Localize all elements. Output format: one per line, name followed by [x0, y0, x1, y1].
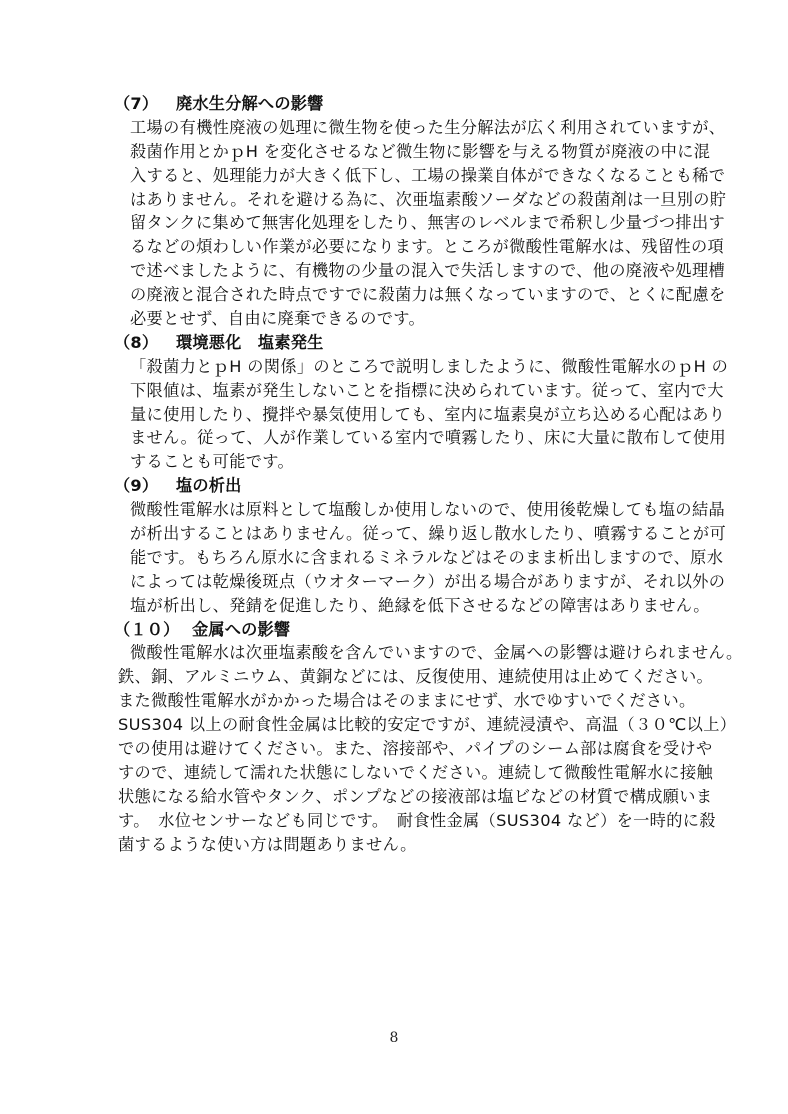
paragraph-line: ません。従って、人が作業している室内で噴霧したり、床に大量に散布して使用: [118, 426, 718, 450]
section-number: （8）: [114, 331, 176, 355]
page-number: 8: [0, 1030, 788, 1046]
section-number: （9）: [114, 474, 176, 498]
paragraph-line: 工場の有機性廃液の処理に微生物を使った生分解法が広く利用されていますが、: [118, 116, 718, 140]
section-title: 廃水生分解への影響: [176, 94, 324, 113]
paragraph-line: 殺菌作用とかｐH を変化させるなど微生物に影響を与える物質が廃液の中に混: [118, 140, 718, 164]
section-heading: （8）環境悪化 塩素発生: [118, 331, 718, 355]
paragraph-line: すので、連続して濡れた状態にしないでください。連続して微酸性電解水に接触: [118, 761, 718, 785]
paragraph-line: 鉄、銅、アルミニウム、黄銅などには、反復使用、連続使用は止めてください。: [118, 665, 718, 689]
section-title: 金属への影響: [192, 620, 290, 639]
paragraph-line: によっては乾燥後斑点（ウオターマーク）が出る場合がありますが、それ以外の: [118, 570, 718, 594]
paragraph-line: 菌するような使い方は問題ありません。: [118, 833, 718, 857]
paragraph-line: 微酸性電解水は次亜塩素酸を含んでいますので、金属への影響は避けられません。: [118, 641, 718, 665]
section-title: 塩の析出: [176, 476, 242, 495]
paragraph-line: で述べましたように、有機物の少量の混入で失活しますので、他の廃液や処理槽: [118, 259, 718, 283]
paragraph-line: 入すると、処理能力が大きく低下し、工場の操業自体ができなくなることも稀で: [118, 164, 718, 188]
paragraph-line: るなどの煩わしい作業が必要になります。ところが微酸性電解水は、残留性の項: [118, 235, 718, 259]
section-number: （7）: [114, 92, 176, 116]
document-page: （7）廃水生分解への影響 工場の有機性廃液の処理に微生物を使った生分解法が広く利…: [0, 0, 788, 1114]
paragraph-line: 微酸性電解水は原料として塩酸しか使用しないので、使用後乾燥しても塩の結晶: [118, 498, 718, 522]
paragraph-line: での使用は避けてください。また、溶接部や、パイプのシーム部は腐食を受けや: [118, 737, 718, 761]
section-heading: （7）廃水生分解への影響: [118, 92, 718, 116]
section-number: （１０）: [114, 618, 192, 642]
section-9: （9）塩の析出 微酸性電解水は原料として塩酸しか使用しないので、使用後乾燥しても…: [118, 474, 718, 617]
section-7: （7）廃水生分解への影響 工場の有機性廃液の処理に微生物を使った生分解法が広く利…: [118, 92, 718, 331]
paragraph-line: 留タンクに集めて無害化処理をしたり、無害のレベルまで希釈し少量づつ排出す: [118, 211, 718, 235]
paragraph-line: 能です。もちろん原水に含まれるミネラルなどはそのまま析出しますので、原水: [118, 546, 718, 570]
paragraph-line: 「殺菌力とｐH の関係」のところで説明しましたように、微酸性電解水のｐH の: [118, 355, 718, 379]
paragraph-line: また微酸性電解水がかかった場合はそのままにせず、水でゆすいでください。: [118, 689, 718, 713]
paragraph-line: することも可能です。: [118, 450, 718, 474]
section-heading: （9）塩の析出: [118, 474, 718, 498]
section-title: 環境悪化 塩素発生: [176, 333, 324, 352]
page-content: （7）廃水生分解への影響 工場の有機性廃液の処理に微生物を使った生分解法が広く利…: [118, 92, 718, 857]
paragraph-line: 必要とせず、自由に廃棄できるのです。: [118, 307, 718, 331]
section-8: （8）環境悪化 塩素発生 「殺菌力とｐH の関係」のところで説明しましたように、…: [118, 331, 718, 474]
paragraph-line: す。 水位センサーなども同じです。 耐食性金属（SUS304 など）を一時的に殺: [118, 809, 718, 833]
section-10: （１０）金属への影響 微酸性電解水は次亜塩素酸を含んでいますので、金属への影響は…: [118, 618, 718, 857]
paragraph-line: 状態になる給水管やタンク、ポンプなどの接液部は塩ビなどの材質で構成願いま: [118, 785, 718, 809]
paragraph-line: はありません。それを避ける為に、次亜塩素酸ソーダなどの殺菌剤は一旦別の貯: [118, 188, 718, 212]
paragraph-line: が析出することはありません。従って、繰り返し散水したり、噴霧することが可: [118, 522, 718, 546]
paragraph-line: 下限値は、塩素が発生しないことを指標に決められています。従って、室内で大: [118, 379, 718, 403]
paragraph-line: SUS304 以上の耐食性金属は比較的安定ですが、連続浸漬や、高温（３０℃以上）: [118, 713, 718, 737]
section-heading: （１０）金属への影響: [118, 618, 718, 642]
paragraph-line: の廃液と混合された時点ですでに殺菌力は無くなっていますので、とくに配慮を: [118, 283, 718, 307]
paragraph-line: 量に使用したり、攪拌や暴気使用しても、室内に塩素臭が立ち込める心配はあり: [118, 403, 718, 427]
paragraph-line: 塩が析出し、発錆を促進したり、絶縁を低下させるなどの障害はありません。: [118, 594, 718, 618]
